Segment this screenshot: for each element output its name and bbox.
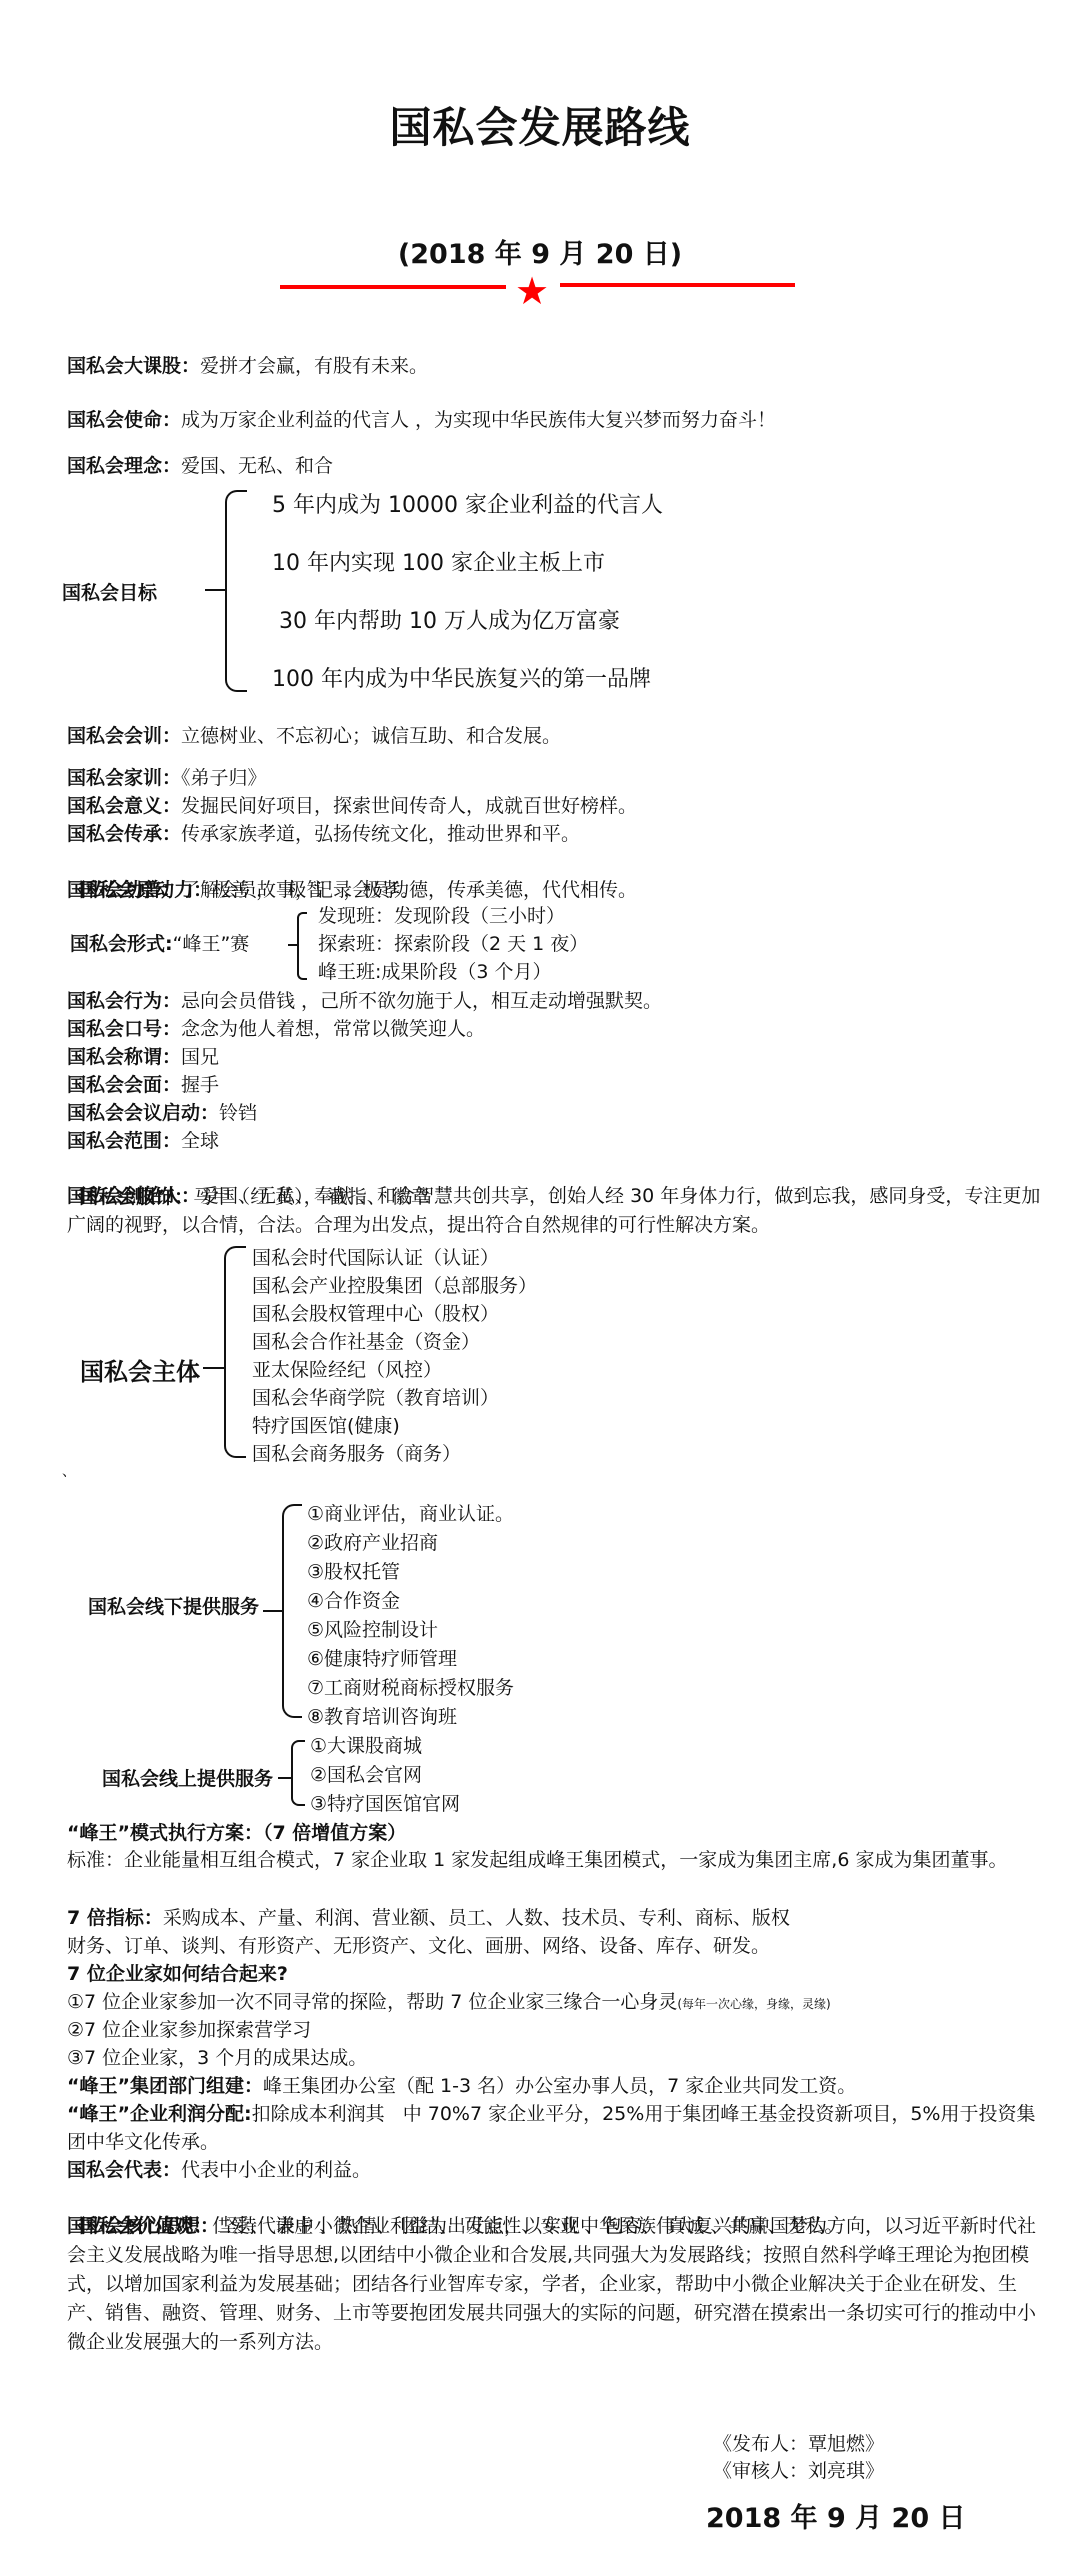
- entity-item: 国私会华商学院（教育培训）: [252, 1384, 499, 1413]
- item-label: 国私会意义：: [67, 795, 181, 817]
- item-representative: 国私会代表：代表中小企业的利益。: [67, 2156, 371, 2184]
- entity-item: 国私会时代国际认证（认证）: [252, 1244, 499, 1273]
- item-value: 代表中小企业的利益。: [181, 2159, 371, 2181]
- entity-item: 国私会商务服务（商务）: [252, 1440, 461, 1469]
- item-label: 国私会范围：: [67, 1130, 181, 1152]
- item-value: 传承家族孝道，弘扬传统文化，推动世界和平。: [181, 823, 580, 845]
- item-value: 发掘民间好项目，探索世间传奇人，成就百世好榜样。: [181, 795, 637, 817]
- item-behavior: 国私会行为：忌向会员借钱 ，己所不欲勿施于人，相互走动增强默契。: [67, 987, 662, 1015]
- item-label: 国私会家训：: [67, 767, 181, 789]
- form-label: 国私会形式:“峰王”赛: [70, 930, 249, 958]
- item-label: 国私会传承：: [67, 823, 181, 845]
- signature-date: 2018 年 9 月 20 日: [706, 2496, 966, 2535]
- plan-step: ②7 位企业家参加探索营学习: [67, 2016, 311, 2044]
- item-philosophy: 国私会理念：爱国、无私、和合: [67, 452, 333, 480]
- item-value: 立德树业、不忘初心；诚信互助、和合发展。: [181, 725, 561, 747]
- plan-dept: “峰王”集团部门组建：峰王集团办公室（配 1-3 名）办公室办事人员，7 家企业…: [67, 2072, 856, 2100]
- form-item: 探索班：探索阶段（2 天 1 夜）: [318, 930, 588, 959]
- item-label: 国私会口号：: [67, 1018, 181, 1040]
- offline-service-item: ②政府产业招商: [307, 1529, 438, 1558]
- online-brace: [291, 1740, 305, 1806]
- item-title: 国私会称谓：国兄: [67, 1043, 219, 1071]
- goal-item: 5 年内成为 10000 家企业利益的代言人: [272, 492, 663, 520]
- item-value: 铃铛: [219, 1102, 257, 1124]
- item-slogan: 国私会口号：念念为他人着想，常常以微笑迎人。: [67, 1015, 485, 1043]
- goals-label: 国私会目标: [62, 578, 157, 605]
- entity-item: 国私会股权管理中心（股权）: [252, 1300, 499, 1329]
- plan-profit: “峰王”企业利润分配:扣除成本利润其 中 70%7 家企业平分，25%用于集团峰…: [67, 2100, 1042, 2156]
- item-label: 国私会会面：: [67, 1074, 181, 1096]
- divider-left: [280, 285, 506, 289]
- item-label: 国私会使命：: [67, 409, 181, 431]
- item-value: 念念为他人着想，常常以微笑迎人。: [181, 1018, 485, 1040]
- reviewer: 《审核人：刘亮琪》: [713, 2458, 884, 2485]
- offline-service-item: ⑧教育培训咨询班: [307, 1703, 457, 1732]
- offline-service-item: ⑥健康特疗师管理: [307, 1645, 457, 1674]
- item-value: 爱国、无私、和合: [181, 455, 333, 477]
- online-service-item: ③特疗国医馆官网: [310, 1790, 460, 1819]
- item-greeting: 国私会会面：握手: [67, 1071, 219, 1099]
- item-label: “峰王”企业利润分配:: [67, 2103, 252, 2125]
- offline-service-item: ④合作资金: [307, 1587, 400, 1616]
- item-inheritance: 国私会传承：传承家族孝道，弘扬传统文化，推动世界和平。: [67, 820, 580, 848]
- item-value: 采购成本、产量、利润、营业额、员工、人数、技术员、专利、商标、版权: [163, 1907, 790, 1929]
- offline-service-item: ⑤风险控制设计: [307, 1616, 438, 1645]
- offline-service-item: ①商业评估，商业认证。: [307, 1500, 514, 1529]
- item-value: 爱拼才会赢，有股有未来。: [200, 355, 428, 377]
- core-paragraph: 国私会核心思想：坚持代表中小微企业利益为出发点，以实现中华民族伟大复兴的中国梦为…: [67, 2212, 1042, 2357]
- item-label: 国私会大课股：: [67, 355, 200, 377]
- item-motto: 国私会会训：立德树业、不忘初心；诚信互助、和合发展。: [67, 722, 561, 750]
- page-title: 国私会发展路线: [0, 95, 1080, 155]
- item-value: 成为万家企业利益的代言人 ，为实现中华民族伟大复兴梦而努力奋斗！: [181, 409, 776, 431]
- entities-brace: [224, 1246, 246, 1458]
- item-mission: 国私会使命：成为万家企业利益的代言人 ，为实现中华民族伟大复兴梦而努力奋斗！: [67, 406, 776, 434]
- item-label: 7 倍指标：: [67, 1907, 163, 1929]
- founder-paragraph: 国私会创始人：爱国、无私、奉献 、和合智慧共创共享，创始人经 30 年身体力行，…: [67, 1182, 1042, 1240]
- item-label: 国私会功普：: [67, 879, 181, 901]
- plan-indicators: 7 倍指标：采购成本、产量、利润、营业额、员工、人数、技术员、专利、商标、版权: [67, 1904, 790, 1932]
- form-item: 发现班：发现阶段（三小时）: [318, 902, 565, 931]
- publisher: 《发布人：覃旭燃》: [713, 2431, 884, 2458]
- item-label: 国私会会训：: [67, 725, 181, 747]
- item-value: 全球: [181, 1130, 219, 1152]
- goal-item: 100 年内成为中华民族复兴的第一品牌: [272, 666, 651, 694]
- form-item: 峰王班:成果阶段（3 个月）: [318, 958, 552, 987]
- goals-brace: [225, 490, 247, 692]
- star-icon: ★: [515, 272, 549, 310]
- entities-label: 国私会主体: [80, 1352, 200, 1387]
- item-course-shares: 国私会大课股：爱拼才会赢，有股有未来。: [67, 352, 428, 380]
- item-meaning: 国私会意义：发掘民间好项目，探索世间传奇人，成就百世好榜样。: [67, 792, 637, 820]
- item-value: 忌向会员借钱 ，己所不欲勿施于人，相互走动增强默契。: [181, 990, 662, 1012]
- online-service-item: ②国私会官网: [310, 1761, 422, 1790]
- offline-services-label: 国私会线下提供服务: [88, 1592, 259, 1619]
- plan-combine-heading: 7 位企业家如何结合起来?: [67, 1960, 288, 1988]
- offline-service-item: ⑦工商财税商标授权服务: [307, 1674, 514, 1703]
- item-meeting-start: 国私会会议启动：铃铛: [67, 1099, 257, 1127]
- entity-item: 特疗国医馆(健康): [252, 1412, 400, 1441]
- divider-right: [560, 283, 795, 287]
- offline-brace: [282, 1504, 302, 1718]
- stray-mark: 、: [62, 1458, 76, 1487]
- item-family-rule: 国私会家训：《弟子归》: [67, 764, 267, 792]
- core-label: 国私会核心思想：: [67, 2215, 219, 2237]
- goals-brace-tip: [205, 589, 227, 591]
- item-label: 国私会理念：: [67, 455, 181, 477]
- offline-service-item: ③股权托管: [307, 1558, 400, 1587]
- online-brace-tip: [278, 1777, 292, 1779]
- item-label: 国私会称谓：: [67, 1046, 181, 1068]
- founder-label: 国私会创始人：: [67, 1185, 200, 1207]
- item-merit: 国私会功普：了解会员故事，记录会员功德，传承美德，代代相传。: [67, 876, 637, 904]
- entities-brace-tip: [203, 1367, 225, 1369]
- item-label: 国私会行为：: [67, 990, 181, 1012]
- item-label: 国私会代表：: [67, 2159, 181, 2181]
- item-value: 峰王集团办公室（配 1-3 名）办公室办事人员，7 家企业共同发工资。: [263, 2075, 856, 2097]
- online-service-item: ①大课股商城: [310, 1732, 422, 1761]
- plan-standard: 标准：企业能量相互组合模式，7 家企业取 1 家发起组成峰王集团模式，一家成为集…: [67, 1846, 1042, 1874]
- founder-value: 爱国、无私、奉献 、和合智慧共创共享，创始人经 30 年身体力行，做到忘我，感同…: [67, 1185, 1040, 1236]
- goal-item: 30 年内帮助 10 万人成为亿万富豪: [272, 608, 620, 636]
- plan-step: ③7 位企业家，3 个月的成果达成。: [67, 2044, 367, 2072]
- item-label: 国私会会议启动：: [67, 1102, 219, 1124]
- online-services-label: 国私会线上提供服务: [102, 1764, 273, 1791]
- plan-step: ①7 位企业家参加一次不同寻常的探险，帮助 7 位企业家三缘合一心身灵(每年一次…: [67, 1988, 831, 2018]
- plan-heading: “峰王”模式执行方案：（7 倍增值方案）: [67, 1819, 406, 1847]
- entity-item: 国私会合作社基金（资金）: [252, 1328, 480, 1357]
- item-scope: 国私会范围：全球: [67, 1127, 219, 1155]
- offline-brace-tip: [263, 1610, 283, 1612]
- page-date: (2018 年 9 月 20 日): [0, 232, 1080, 271]
- item-label: “峰王”集团部门组建：: [67, 2075, 263, 2097]
- item-value: 《弟子归》: [181, 767, 267, 789]
- entity-item: 国私会产业控股集团（总部服务）: [252, 1272, 537, 1301]
- entity-item: 亚太保险经纪（风控）: [252, 1356, 442, 1385]
- goal-item: 10 年内实现 100 家企业主板上市: [272, 550, 605, 578]
- item-value: 握手: [181, 1074, 219, 1096]
- form-brace: [297, 912, 307, 980]
- item-value: 国兄: [181, 1046, 219, 1068]
- plan-indicators-cont: 财务、订单、谈判、有形资产、无形资产、文化、画册、网络、设备、库存、研发。: [67, 1932, 770, 1960]
- item-value: 了解会员故事，记录会员功德，传承美德，代代相传。: [181, 879, 637, 901]
